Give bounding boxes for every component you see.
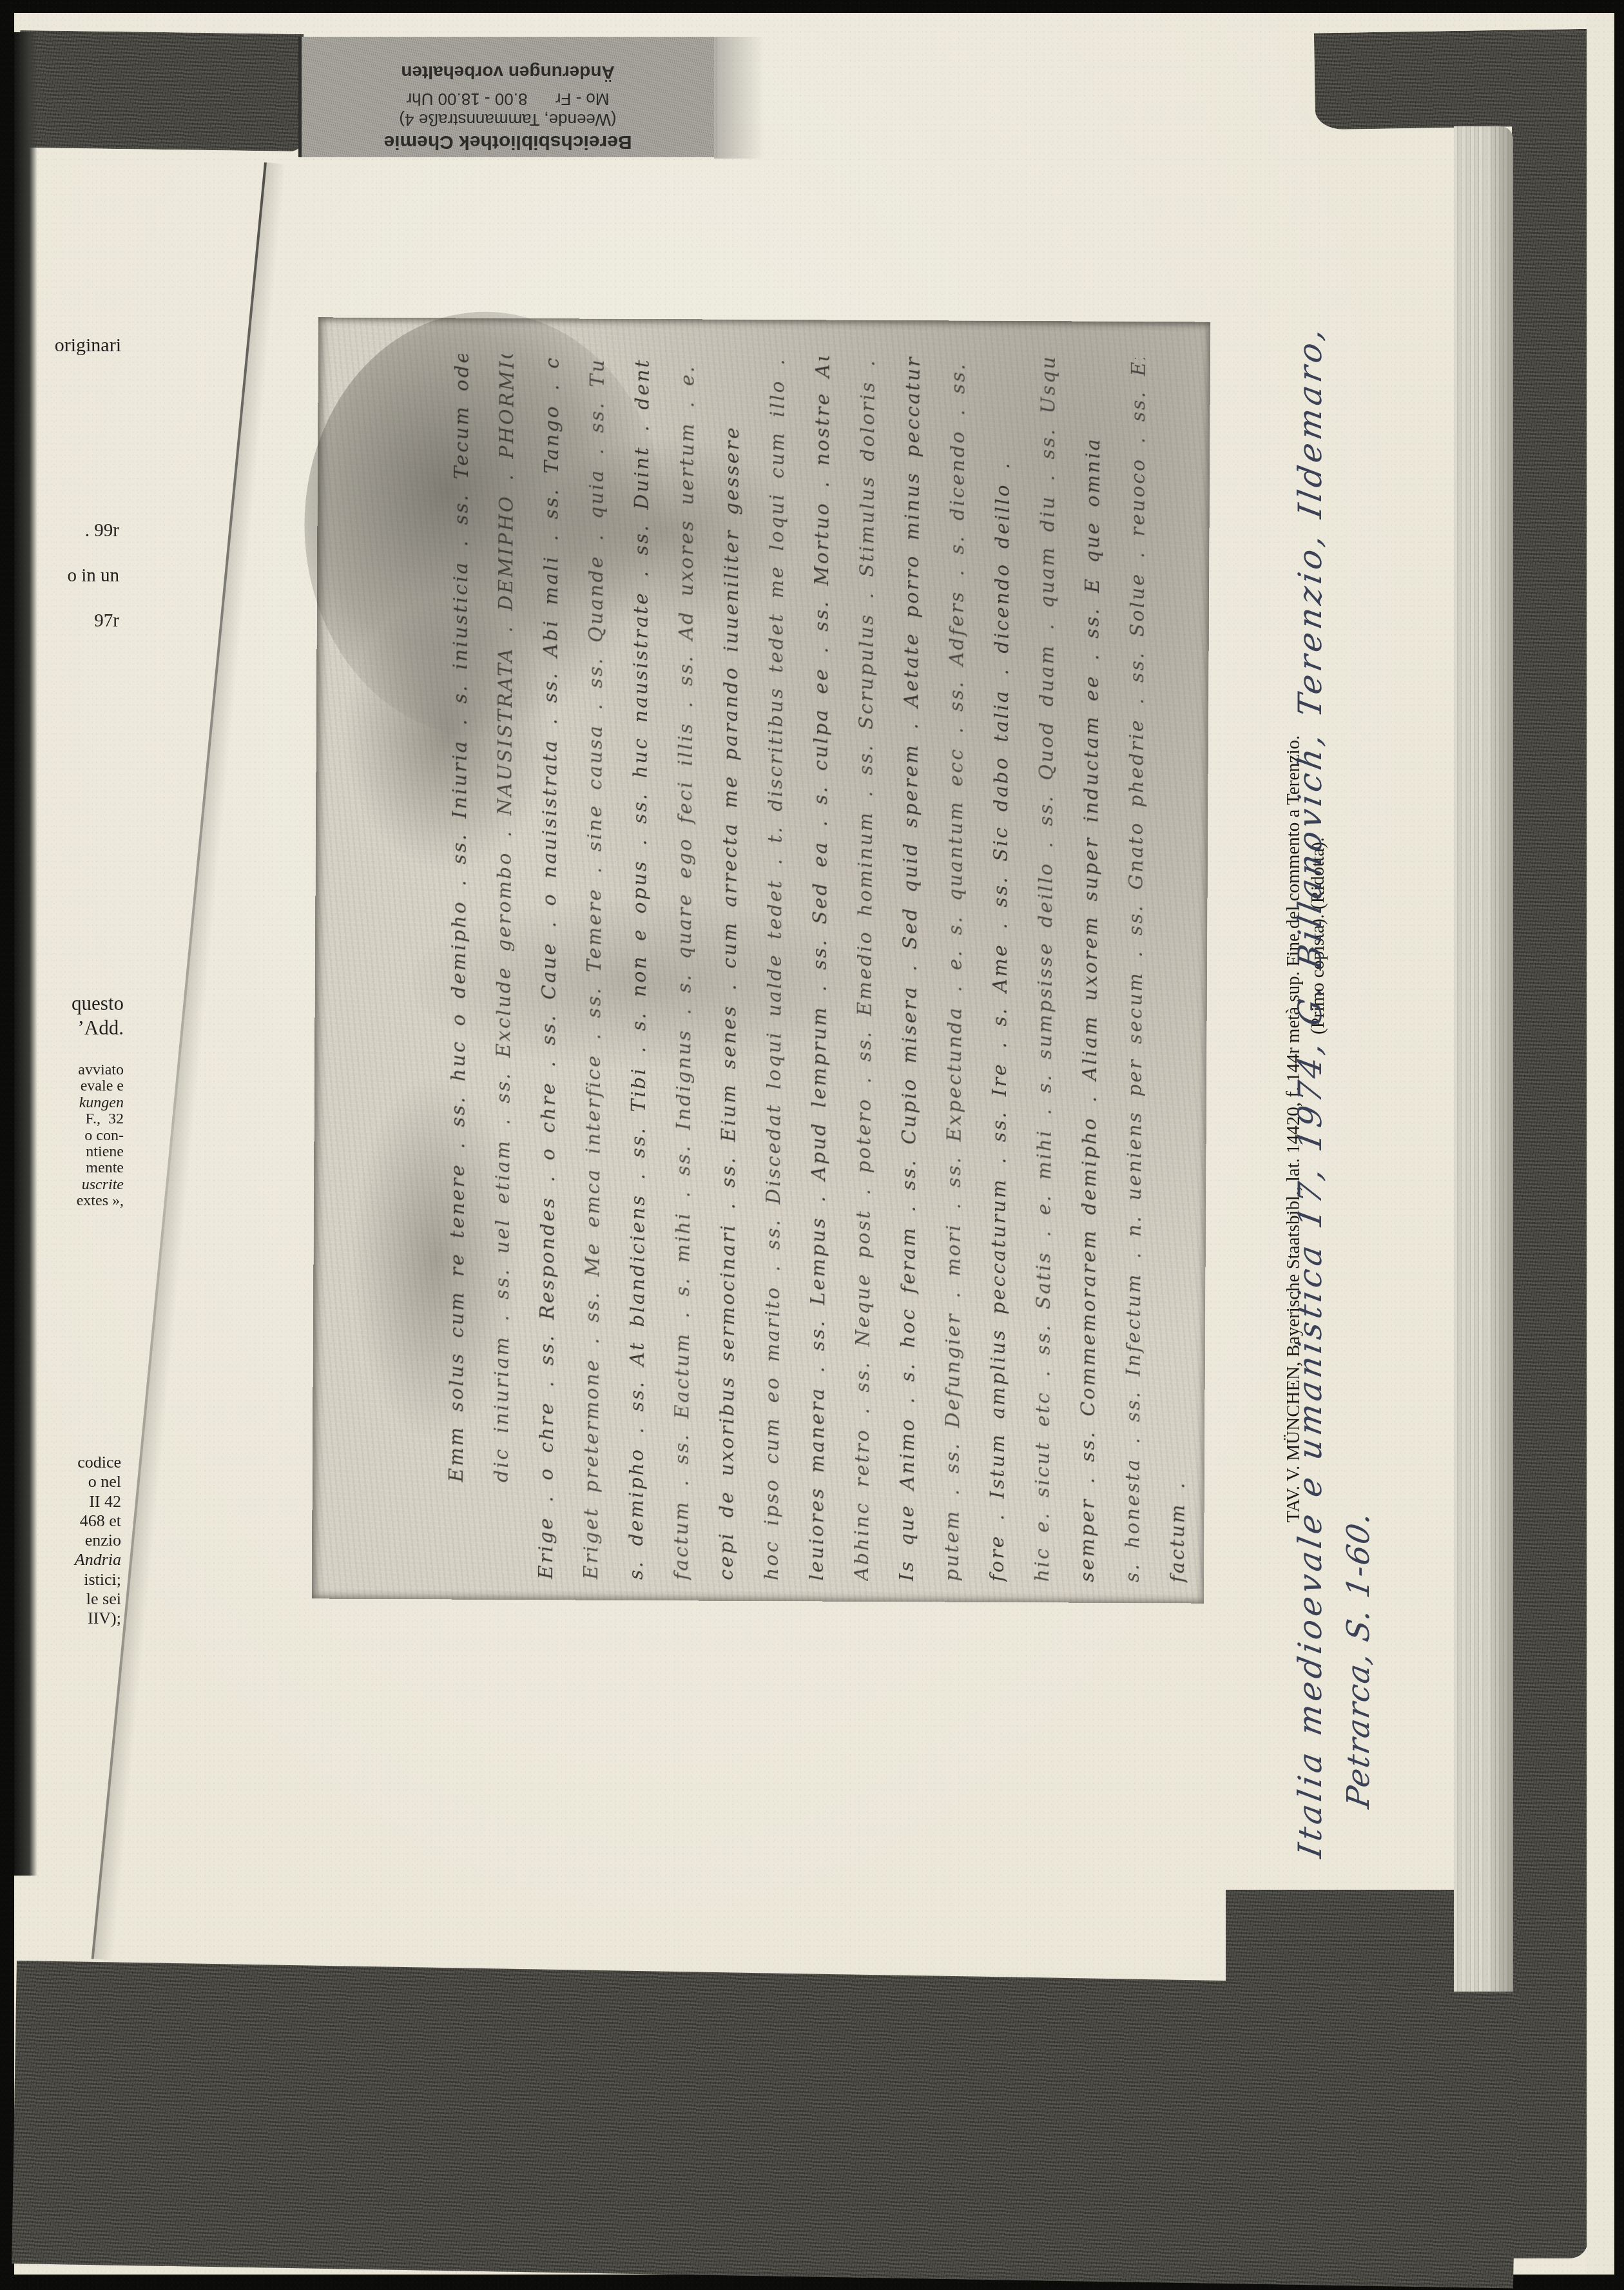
facing-page-text-fragment: Andria	[13, 1550, 121, 1569]
handwritten-annotation-text: Italia medioevale e umanistica 17, 1974,…	[1286, 158, 1383, 1883]
facing-page-text-fragment: enzio	[13, 1531, 121, 1550]
facing-page-text-fragment: avviato	[10, 1062, 124, 1078]
facing-page-text-fragment: istici;	[13, 1570, 121, 1589]
manuscript-facsimile-plate: Emm solus cum re tenere . ss. huc o demi…	[312, 317, 1210, 1603]
manuscript-text-line: Eriget pretermone . ss. Me emca interfic…	[569, 354, 621, 1579]
manuscript-text-line: factum .	[1155, 358, 1207, 1582]
facing-page-text-fragment: IIV);	[13, 1609, 121, 1628]
library-stamp-slip: Bereichsbibliothek Chemie (Weende, Tamma…	[298, 37, 717, 157]
stamp-address: (Weende, Tammannstraße 4)	[302, 110, 714, 130]
manuscript-text-line: dic iniuriam . ss. uel etiam . ss. Exclu…	[479, 354, 530, 1579]
manuscript-text-line: leuiores manera . ss. Lempus . Apud lemp…	[795, 356, 846, 1580]
facing-page-text-fragment: 468 et	[13, 1511, 121, 1531]
facing-page-text-fragment: originari	[13, 334, 121, 357]
facing-page-fragment-group-3: questo’Add.	[13, 991, 124, 1040]
facing-page-text-fragment: II 42	[13, 1492, 121, 1511]
manuscript-text-line: s. demipho . ss. At blandiciens . ss. Ti…	[614, 355, 666, 1580]
book-fore-edge-pages	[1454, 126, 1513, 1992]
manuscript-text-line: hoc ipso cum eo marito . ss. Discedat lo…	[749, 356, 801, 1580]
facing-page-text-fragment: ntiene	[10, 1144, 124, 1160]
facing-page-text-fragment: ’Add.	[13, 1016, 124, 1040]
annotation-line1: Italia medioevale e umanistica 17, 1974,…	[1286, 158, 1335, 1874]
facing-page-text-fragment: kungen	[10, 1095, 124, 1111]
manuscript-text-line: fore . Istum amplius peccaturum . ss. Ir…	[975, 357, 1027, 1582]
manuscript-text-line: putem . ss. Defungier . mori . ss. Expec…	[930, 356, 981, 1581]
library-stamp-text: Bereichsbibliothek Chemie (Weende, Tamma…	[302, 37, 714, 157]
facing-page-text-fragment: uscrite	[10, 1177, 124, 1193]
facing-page-fragment-group-2: . 99ro in un97r	[13, 508, 119, 643]
facing-page-text-fragment: o con-	[10, 1128, 124, 1144]
stamp-library-name: Bereichsbibliothek Chemie	[302, 130, 714, 153]
manuscript-text-line: semper . ss. Commemorarem demipho . Alia…	[1065, 358, 1117, 1582]
facing-page-text-fragment: mente	[10, 1160, 124, 1176]
facing-page-text-fragment: . 99r	[13, 508, 119, 553]
facing-page-text-fragment: F., 32	[10, 1111, 124, 1127]
stamp-disclaimer: Änderungen vorbehalten	[302, 62, 714, 82]
manuscript-text-line: Is que Animo . s. hoc feram . ss. Cupio …	[885, 356, 936, 1581]
facing-page-text-fragment: le sei	[13, 1589, 121, 1609]
facing-page-fragment-group-4: avviatoevale ekungenF., 32o con-ntieneme…	[10, 1062, 124, 1210]
facing-page-text-fragment: extes »,	[10, 1193, 124, 1209]
facing-page-text-fragment: evale e	[10, 1078, 124, 1094]
copier-background-bottom	[12, 1961, 1518, 2289]
manuscript-text-line: hic e. sicut etc . ss. Satis . e. mihi .…	[1020, 357, 1072, 1582]
stamp-slip-fade	[714, 37, 764, 159]
manuscript-text-line: Abhinc retro . ss. Neque post . potero .…	[840, 356, 891, 1581]
facing-page-fragment-group-1: originari	[13, 334, 121, 357]
manuscript-text-block: Emm solus cum re tenere . ss. huc o demi…	[434, 354, 1207, 1582]
manuscript-text-line: s. honesta . ss. Infectum . n. ueniens p…	[1110, 358, 1162, 1582]
manuscript-text-line: factum . ss. Eactum . s. mihi . ss. Indi…	[659, 355, 711, 1580]
annotation-line2: Petrarca, S. 1-60.	[1335, 166, 1383, 1883]
facing-page-text-fragment: questo	[13, 991, 124, 1016]
manuscript-text-line: cepi de uxoribus sermocinari . ss. Eium …	[704, 356, 756, 1580]
handwritten-annotation: Italia medioevale e umanistica 17, 1974,…	[1286, 166, 1384, 1874]
facing-page-text-fragment: o in un	[13, 553, 119, 598]
facing-page-text-fragment: o nel	[13, 1472, 121, 1491]
copier-background-right	[1512, 34, 1588, 2258]
sheet-right-margin	[1587, 13, 1614, 2275]
manuscript-text-line: Emm solus cum re tenere . ss. huc o demi…	[434, 354, 485, 1578]
facing-page-fragment-group-5: codiceo nelII 42468 etenzioAndriaistici;…	[13, 1453, 121, 1629]
facing-page-text-fragment: codice	[13, 1453, 121, 1472]
manuscript-text-line: Erige . o chre . ss. Respondes . o chre …	[524, 354, 575, 1579]
stamp-opening-hours: Mo - Fr 8.00 - 18.00 Uhr	[302, 89, 714, 110]
photocopied-book-page-scan: Bereichsbibliothek Chemie (Weende, Tamma…	[0, 0, 1624, 2290]
copier-background-top-left	[19, 30, 304, 151]
facing-page-text-fragment: 97r	[13, 598, 119, 643]
